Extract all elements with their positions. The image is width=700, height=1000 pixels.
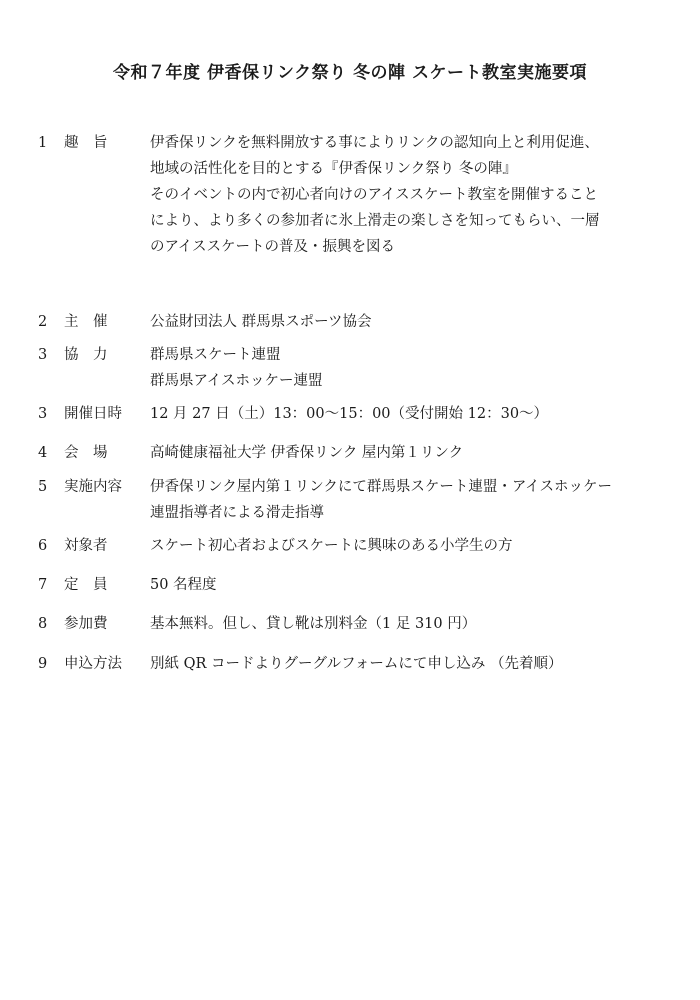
section-label: 申込方法 — [64, 651, 144, 677]
section-label: 参加費 — [64, 611, 144, 637]
content-line: スケート初心者およびスケートに興味のある小学生の方 — [150, 533, 660, 559]
section-label: 会 場 — [64, 440, 144, 466]
section-content: 12 月 27 日（土）13：00～15：00（受付開始 12：30～） — [150, 401, 660, 427]
content-line: 連盟指導者による滑走指導 — [150, 500, 660, 526]
section-label: 開催日時 — [64, 401, 144, 427]
document-title: 令和７年度 伊香保リンク祭り 冬の陣 スケート教室実施要項 — [0, 58, 700, 83]
section-label: 協 力 — [64, 342, 144, 368]
section-number: 3 — [38, 401, 54, 427]
content-line: 基本無料。但し、貸し靴は別料金（1 足 310 円） — [150, 611, 660, 637]
section-number: 2 — [38, 309, 54, 335]
section-content: 群馬県スケート連盟 群馬県アイスホッケー連盟 — [150, 342, 660, 394]
section-content: 公益財団法人 群馬県スポーツ協会 — [150, 309, 660, 335]
section-number: 6 — [38, 533, 54, 559]
content-line: 群馬県アイスホッケー連盟 — [150, 368, 660, 394]
section-content: 伊香保リンクを無料開放する事によりリンクの認知向上と利用促進、 地域の活性化を目… — [150, 130, 660, 260]
section-number: 1 — [38, 130, 54, 156]
content-line: そのイベントの内で初心者向けのアイススケート教室を開催すること — [150, 182, 660, 208]
content-line: 高崎健康福祉大学 伊香保リンク 屋内第１リンク — [150, 440, 660, 466]
content-line: により、より多くの参加者に氷上滑走の楽しさを知ってもらい、一層 — [150, 208, 660, 234]
content-line: 50 名程度 — [150, 572, 660, 598]
section-number: 3 — [38, 342, 54, 368]
section-content: 基本無料。但し、貸し靴は別料金（1 足 310 円） — [150, 611, 660, 637]
section-label: 主 催 — [64, 309, 144, 335]
content-line: 群馬県スケート連盟 — [150, 342, 660, 368]
content-line: 伊香保リンク屋内第１リンクにて群馬県スケート連盟・アイスホッケー — [150, 474, 660, 500]
section-number: 9 — [38, 651, 54, 677]
content-line: 公益財団法人 群馬県スポーツ協会 — [150, 309, 660, 335]
content-line: のアイススケートの普及・振興を図る — [150, 234, 660, 260]
section-label: 実施内容 — [64, 474, 144, 500]
section-content: スケート初心者およびスケートに興味のある小学生の方 — [150, 533, 660, 559]
section-label: 対象者 — [64, 533, 144, 559]
section-number: 5 — [38, 474, 54, 500]
section-number: 8 — [38, 611, 54, 637]
content-line: 別紙 QR コードよりグーグルフォームにて申し込み （先着順） — [150, 651, 660, 677]
section-label: 定 員 — [64, 572, 144, 598]
section-content: 伊香保リンク屋内第１リンクにて群馬県スケート連盟・アイスホッケー 連盟指導者によ… — [150, 474, 660, 526]
content-line: 12 月 27 日（土）13：00～15：00（受付開始 12：30～） — [150, 401, 660, 427]
section-content: 50 名程度 — [150, 572, 660, 598]
content-line: 地域の活性化を目的とする『伊香保リンク祭り 冬の陣』 — [150, 156, 660, 182]
content-line: 伊香保リンクを無料開放する事によりリンクの認知向上と利用促進、 — [150, 130, 660, 156]
section-content: 高崎健康福祉大学 伊香保リンク 屋内第１リンク — [150, 440, 660, 466]
section-label: 趣 旨 — [64, 130, 144, 156]
section-number: 4 — [38, 440, 54, 466]
section-number: 7 — [38, 572, 54, 598]
section-content: 別紙 QR コードよりグーグルフォームにて申し込み （先着順） — [150, 651, 660, 677]
